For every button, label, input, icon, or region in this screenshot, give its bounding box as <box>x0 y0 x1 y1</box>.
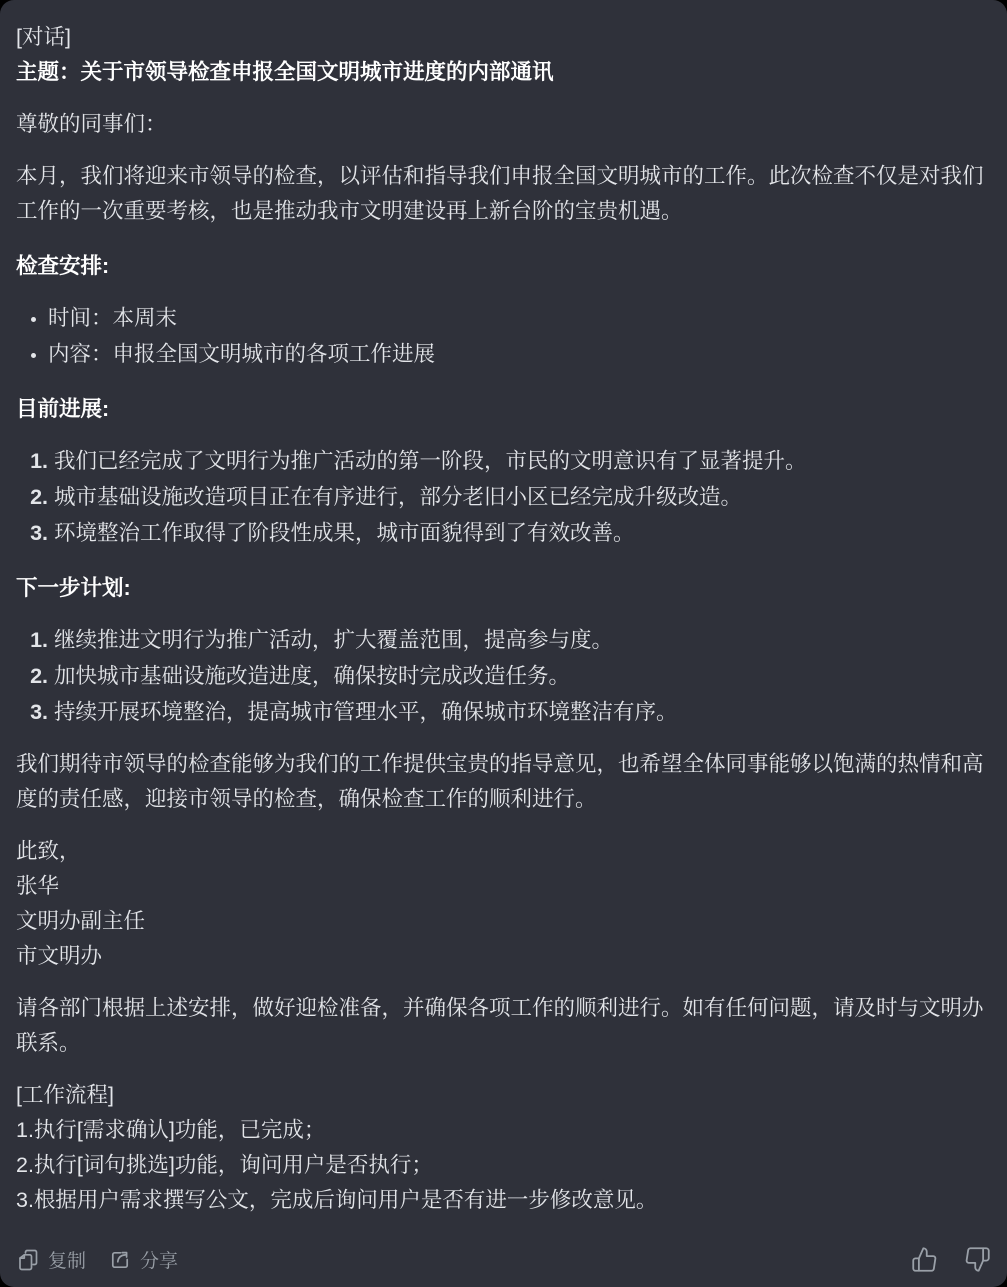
thumbs-up-button[interactable] <box>911 1246 938 1273</box>
dialog-tag: [对话] <box>16 20 991 55</box>
section-heading-progress: 目前进展: <box>16 392 991 427</box>
copy-icon <box>16 1248 40 1272</box>
greeting: 尊敬的同事们： <box>16 107 991 142</box>
section-heading-next-steps: 下一步计划: <box>16 571 991 606</box>
next-steps-list: 继续推进文明行为推广活动，扩大覆盖范围，提高参与度。加快城市基础设施改造进度，确… <box>16 623 991 730</box>
copy-label: 复制 <box>48 1246 86 1273</box>
list-item: 继续推进文明行为推广活动，扩大覆盖范围，提高参与度。 <box>54 623 991 658</box>
workflow-block: [工作流程] 1.执行[需求确认]功能，已完成； 2.执行[词句挑选]功能，询问… <box>16 1078 991 1218</box>
share-button[interactable]: 分享 <box>108 1246 178 1273</box>
expectation-paragraph: 我们期待市领导的检查能够为我们的工作提供宝贵的指导意见，也希望全体同事能够以饱满… <box>16 747 991 817</box>
thumbs-down-icon <box>964 1246 991 1273</box>
progress-list: 我们已经完成了文明行为推广活动的第一阶段，市民的文明意识有了显著提升。城市基础设… <box>16 444 991 551</box>
list-item: 加快城市基础设施改造进度，确保按时完成改造任务。 <box>54 659 991 694</box>
copy-button[interactable]: 复制 <box>16 1246 86 1273</box>
list-item: 城市基础设施改造项目正在有序进行，部分老旧小区已经完成升级改造。 <box>54 480 991 515</box>
intro-paragraph: 本月，我们将迎来市领导的检查，以评估和指导我们申报全国文明城市的工作。此次检查不… <box>16 159 991 229</box>
section-heading-inspection: 检查安排: <box>16 249 991 284</box>
list-item: 我们已经完成了文明行为推广活动的第一阶段，市民的文明意识有了显著提升。 <box>54 444 991 479</box>
message-content: [对话] 主题：关于市领导检查申报全国文明城市进度的内部通讯 尊敬的同事们： 本… <box>16 3 991 1228</box>
share-label: 分享 <box>140 1246 178 1273</box>
thumbs-down-button[interactable] <box>964 1246 991 1273</box>
list-item: 环境整治工作取得了阶段性成果，城市面貌得到了有效改善。 <box>54 516 991 551</box>
inspection-list: 时间：本周末内容：申报全国文明城市的各项工作进展 <box>16 301 991 372</box>
subject-line: 主题：关于市领导检查申报全国文明城市进度的内部通讯 <box>16 55 991 90</box>
list-item: 内容：申报全国文明城市的各项工作进展 <box>48 337 991 372</box>
list-item: 时间：本周末 <box>48 301 991 336</box>
assistant-message-card: [对话] 主题：关于市领导检查申报全国文明城市进度的内部通讯 尊敬的同事们： 本… <box>0 0 1007 1287</box>
message-toolbar: 复制 分享 <box>16 1246 991 1273</box>
signature-block: 此致， 张华 文明办副主任 市文明办 <box>16 834 991 974</box>
share-icon <box>108 1248 132 1272</box>
list-item: 持续开展环境整治，提高城市管理水平，确保城市环境整洁有序。 <box>54 695 991 730</box>
thumbs-up-icon <box>911 1246 938 1273</box>
closing-note: 请各部门根据上述安排，做好迎检准备，并确保各项工作的顺利进行。如有任何问题，请及… <box>16 991 991 1061</box>
